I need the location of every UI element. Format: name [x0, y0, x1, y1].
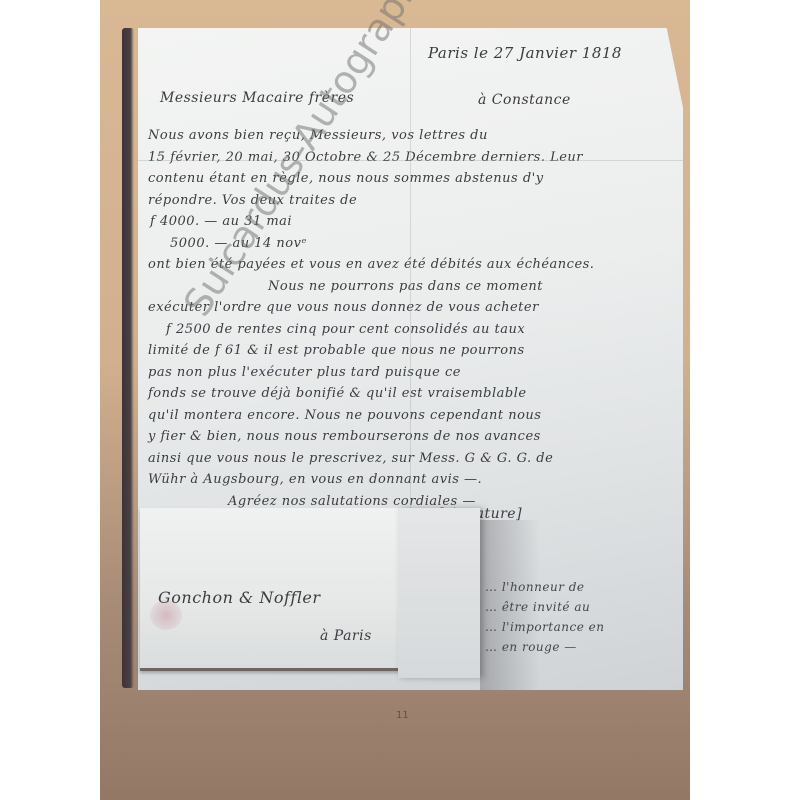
footer-mark: 11 [396, 710, 409, 721]
flap-right-line: … l'honneur de [485, 580, 585, 594]
letter-line: ainsi que vous nous le prescrivez, sur M… [148, 451, 553, 466]
flap-right-line: … l'importance en [485, 620, 604, 634]
flap-place-line: à Paris [320, 628, 372, 644]
addressee-place: à Constance [478, 92, 571, 108]
letter-line: limité de f 61 & il est probable que nou… [148, 343, 525, 358]
letter-line: 15 février, 20 mai, 30 Octobre & 25 Déce… [148, 150, 583, 165]
fold-line-vertical [410, 28, 411, 508]
letter-line: contenu étant en règle, nous nous sommes… [148, 171, 544, 186]
flap-right-line: … être invité au [485, 600, 590, 614]
date-line: Paris le 27 Janvier 1818 [428, 44, 622, 62]
flap-right-line: … en rouge — [485, 640, 577, 654]
sheet-shadow-edge [122, 28, 134, 688]
seal-mark [150, 600, 182, 630]
letter-line: Nous ne pourrons pas dans ce moment [268, 279, 543, 294]
letter-line: y fier & bien, nous nous rembourserons d… [148, 429, 541, 444]
letter-line: pas non plus l'exécuter plus tard puisqu… [148, 365, 461, 380]
flap-sender-name: Gonchon & Noffler [158, 588, 321, 607]
letter-line: f 2500 de rentes cinq pour cent consolid… [166, 322, 525, 337]
letter-line: Wühr à Augsbourg, en vous en donnant avi… [148, 472, 482, 487]
fold-line-horizontal [138, 160, 683, 161]
letter-line: fonds se trouve déjà bonifié & qu'il est… [148, 386, 527, 401]
flap-panel [398, 508, 480, 678]
letter-line: qu'il montera encore. Nous ne pouvons ce… [148, 408, 541, 423]
